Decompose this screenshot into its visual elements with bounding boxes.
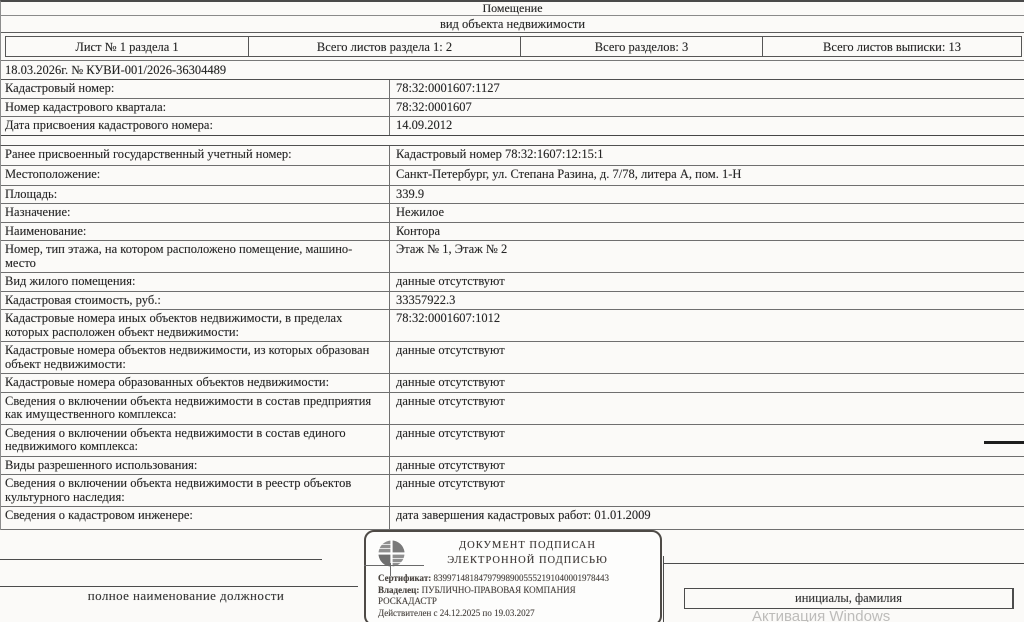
row-value: 14.09.2012 [389,117,1024,135]
table-row: Кадастровые номера объектов недвижимости… [1,342,1024,374]
row-value: данные отсутствуют [389,425,1024,456]
initials-surname-caption: инициалы, фамилия [684,588,1014,609]
table-row: Вид жилого помещения: данные отсутствуют [1,273,1024,292]
stamp-header: ДОКУМЕНТ ПОДПИСАН ЭЛЕКТРОННОЙ ПОДПИСЬЮ [378,538,650,568]
row-label: Кадастровый номер: [1,80,389,98]
table-gap [0,136,1024,145]
table-row: Виды разрешенного использования: данные … [1,457,1024,476]
signature-line [663,563,1024,564]
table-row: Кадастровые номера образованных объектов… [1,374,1024,393]
row-value: Контора [389,223,1024,241]
sheet-number-cell: Лист № 1 раздела 1 [6,37,249,56]
extract-date-number: 18.03.2026г. № КУВИ-001/2026-36304489 [1,60,1024,80]
row-value: данные отсутствуют [389,374,1024,392]
row-value: 339.9 [389,186,1024,204]
object-type-value: Помещение [1,2,1024,16]
cadastral-number-table: Кадастровый номер: 78:32:0001607:1127 Но… [1,80,1024,136]
row-label: Сведения о включении объекта недвижимост… [1,425,389,456]
row-label: Сведения о включении объекта недвижимост… [1,475,389,506]
row-value: 78:32:0001607:1012 [389,310,1024,341]
row-label: Сведения о включении объекта недвижимост… [1,393,389,424]
table-row: Кадастровые номера иных объектов недвижи… [1,310,1024,342]
stamp-title: ДОКУМЕНТ ПОДПИСАН ЭЛЕКТРОННОЙ ПОДПИСЬЮ [405,538,650,568]
table-row: Кадастровая стоимость, руб.: 33357922.3 [1,292,1024,311]
row-label: Ранее присвоенный государственный учетны… [1,146,389,165]
row-label: Площадь: [1,186,389,204]
digital-signature-stamp: ДОКУМЕНТ ПОДПИСАН ЭЛЕКТРОННОЙ ПОДПИСЬЮ С… [364,530,662,622]
row-value: данные отсутствуют [389,475,1024,506]
table-row: Номер, тип этажа, на котором расположено… [1,241,1024,273]
row-value: 78:32:0001607:1127 [389,80,1024,98]
stamp-owner-line: Владелец: ПУБЛИЧНО-ПРАВОВАЯ КОМПАНИЯ РОС… [378,585,613,608]
table-row: Сведения о включении объекта недвижимост… [1,393,1024,425]
document-body: Помещение вид объекта недвижимости Лист … [0,0,1024,136]
windows-activation-watermark: Активация Windows [752,608,890,622]
row-label: Кадастровые номера объектов недвижимости… [1,342,389,373]
row-label: Местоположение: [1,166,389,185]
extract-sheets-cell: Всего листов выписки: 13 [763,37,1021,56]
row-label: Назначение: [1,204,389,222]
row-label: Вид жилого помещения: [1,273,389,291]
table-row: Номер кадастрового квартала: 78:32:00016… [1,99,1024,118]
signature-line [0,586,358,587]
certificate-value: 839971481847979989005552191040001978443 [434,573,610,583]
row-value: Санкт-Петербург, ул. Степана Разина, д. … [389,166,1024,185]
scan-line [390,563,391,576]
table-row: Назначение: Нежилое [1,204,1024,223]
table-row: Сведения о включении объекта недвижимост… [1,475,1024,507]
table-row: Площадь: 339.9 [1,186,1024,205]
row-label: Номер, тип этажа, на котором расположено… [1,241,389,272]
table-row: Кадастровый номер: 78:32:0001607:1127 [1,80,1024,99]
signature-line [0,559,322,560]
row-value: Этаж № 1, Этаж № 2 [389,241,1024,272]
position-title-caption: полное наименование должности [0,588,372,604]
scan-artifact-dash [984,441,1024,444]
row-value: данные отсутствуют [389,342,1024,373]
row-label: Дата присвоения кадастрового номера: [1,117,389,135]
row-value: 33357922.3 [389,292,1024,310]
table-row: Сведения о включении объекта недвижимост… [1,425,1024,457]
object-details-table: Ранее присвоенный государственный учетны… [0,145,1024,531]
stamp-title-line2: ЭЛЕКТРОННОЙ ПОДПИСЬЮ [405,553,650,568]
sections-total-cell: Всего разделов: 3 [521,37,763,56]
row-label: Наименование: [1,223,389,241]
signature-divider-line [663,556,664,622]
row-label: Кадастровая стоимость, руб.: [1,292,389,310]
object-type-caption: вид объекта недвижимости [1,16,1024,33]
sheet-info-row: Лист № 1 раздела 1 Всего листов раздела … [5,36,1022,57]
row-label: Виды разрешенного использования: [1,457,389,475]
row-label: Кадастровые номера образованных объектов… [1,374,389,392]
row-value: 78:32:0001607 [389,99,1024,117]
row-value: данные отсутствуют [389,393,1024,424]
stamp-validity-line: Действителен с 24.12.2025 по 19.03.2027 [378,608,650,620]
stamp-title-line1: ДОКУМЕНТ ПОДПИСАН [405,538,650,553]
table-row: Ранее присвоенный государственный учетны… [1,146,1024,166]
table-row: Дата присвоения кадастрового номера: 14.… [1,117,1024,136]
row-value: Кадастровый номер 78:32:1607:12:15:1 [389,146,1024,165]
row-value: данные отсутствуют [389,273,1024,291]
stamp-certificate-line: Сертификат: 8399714818479799890055521910… [378,573,650,585]
scanned-egrn-extract-page: { "colors": { "ink": "#262626", "border"… [0,0,1024,622]
signature-block: полное наименование должности инициалы, … [0,522,1024,622]
row-label: Кадастровые номера иных объектов недвижи… [1,310,389,341]
section-sheets-cell: Всего листов раздела 1: 2 [249,37,521,56]
certificate-label: Сертификат: [378,573,431,583]
table-row: Наименование: Контора [1,223,1024,242]
owner-label: Владелец: [378,585,419,595]
row-value: Нежилое [389,204,1024,222]
table-row: Местоположение: Санкт-Петербург, ул. Сте… [1,166,1024,186]
row-label: Номер кадастрового квартала: [1,99,389,117]
scan-line [364,565,424,566]
roskadastr-emblem-icon [378,540,405,567]
row-value: данные отсутствуют [389,457,1024,475]
stamp-details: Сертификат: 8399714818479799890055521910… [378,573,650,619]
